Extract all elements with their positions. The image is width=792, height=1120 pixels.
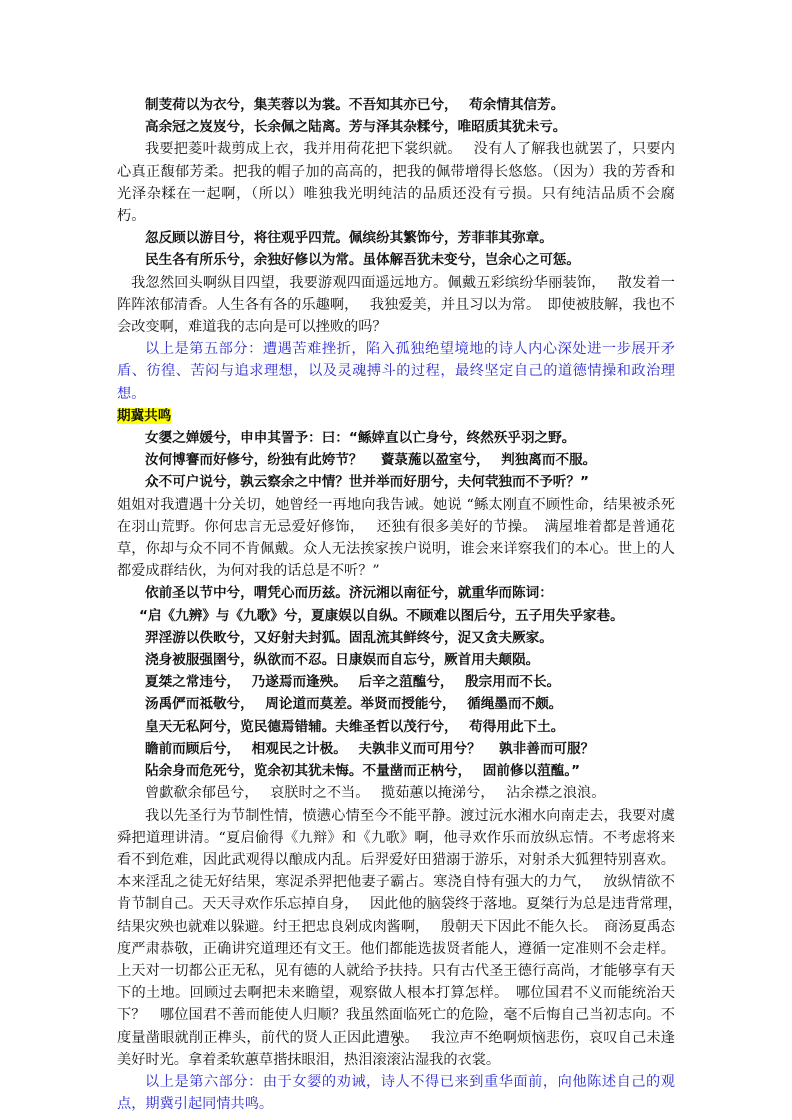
verse-line: 浇身被服强圉兮，纵欲而不忍。日康娱而自忘兮，厥首用夫颠陨。 xyxy=(117,649,675,671)
verse-line: “启《九辨》与《九歌》兮，夏康娱以自纵。不顾难以图后兮，五子用失乎家巷。 xyxy=(117,605,675,627)
verse-line: 忽反顾以游目兮，将往观乎四荒。佩缤纷其繁饰兮，芳菲菲其弥章。 xyxy=(117,227,675,249)
verse-line: 汤禹俨而祗敬兮， 周论道而莫差。举贤而授能兮， 循绳墨而不颇。 xyxy=(117,693,675,715)
translation-paragraph: 姐姐对我遭遇十分关切，她曾经一再地向我告诫。她说 “鲧太刚直不顾性命，结果被杀死… xyxy=(117,494,675,583)
verse-line: 瞻前而顾后兮， 相观民之计极。 夫孰非义而可用兮？ 孰非善而可服？ xyxy=(117,738,675,760)
verse-line: 阽余身而危死兮，览余初其犹未悔。不量凿而正枘兮， 固前修以菹醢。” xyxy=(117,760,675,782)
verse-line: 汝何博謇而好修兮，纷独有此姱节？ 薋菉葹以盈室兮， 判独离而不服。 xyxy=(117,449,675,471)
verse-line: 高余冠之岌岌兮，长余佩之陆离。芳与泽其杂糅兮，唯昭质其犹未亏。 xyxy=(117,116,675,138)
verse-line: 皇天无私阿兮，览民德焉错辅。夫维圣哲以茂行兮， 苟得用此下土。 xyxy=(117,716,675,738)
verse-line: 女嬃之婵媛兮，申申其詈予：曰：“鲧婞直以亡身兮，终然殀乎羽之野。 xyxy=(117,427,675,449)
section-summary: 以上是第六部分：由于女媭的劝诫，诗人不得已来到重华面前，向他陈述自己的观点，期冀… xyxy=(117,1071,675,1115)
highlighted-heading: 期冀共鸣 xyxy=(117,408,171,424)
verse-line: 民生各有所乐兮，余独好修以为常。虽体解吾犹未变兮，岂余心之可惩。 xyxy=(117,249,675,271)
verse-line: 羿淫游以佚畋兮，又好射夫封狐。固乱流其鲜终兮，浞又贪夫厥家。 xyxy=(117,627,675,649)
section-heading: 期冀共鸣 xyxy=(117,405,675,427)
verse-line: 众不可户说兮，孰云察余之中情？世并举而好朋兮，夫何茕独而不予听？” xyxy=(117,471,675,493)
verse-line: 依前圣以节中兮，喟凭心而历兹。济沅湘以南征兮，就重华而陈词： xyxy=(117,582,675,604)
document-page: 制芰荷以为衣兮，集芙蓉以为裳。不吾知其亦已兮， 苟余情其信芳。 高余冠之岌岌兮，… xyxy=(117,94,675,1115)
page-number: 3 xyxy=(0,1035,792,1049)
verse-line: 夏桀之常违兮， 乃遂焉而逢殃。 后辛之菹醢兮， 殷宗用而不长。 xyxy=(117,671,675,693)
section-summary: 以上是第五部分：遭遇苦难挫折，陷入孤独绝望境地的诗人内心深处进一步展开矛盾、彷徨… xyxy=(117,338,675,405)
translation-paragraph: 我以先圣行为节制性情，愤懑心情至今不能平静。渡过沅水湘水向南走去，我要对虞舜把道… xyxy=(117,805,675,1071)
translation-paragraph: 我忽然回头啊纵目四望，我要游观四面遥远地方。佩戴五彩缤纷华丽装饰， 散发着一阵阵… xyxy=(117,272,675,339)
verse-line: 曾歔欷余郁邑兮， 哀朕时之不当。 揽茹蕙以掩涕兮， 沾余襟之浪浪。 xyxy=(117,782,675,804)
verse-line: 制芰荷以为衣兮，集芙蓉以为裳。不吾知其亦已兮， 苟余情其信芳。 xyxy=(117,94,675,116)
translation-paragraph: 我要把菱叶裁剪成上衣，我并用荷花把下裳织就。 没有人了解我也就罢了，只要内心真正… xyxy=(117,138,675,227)
